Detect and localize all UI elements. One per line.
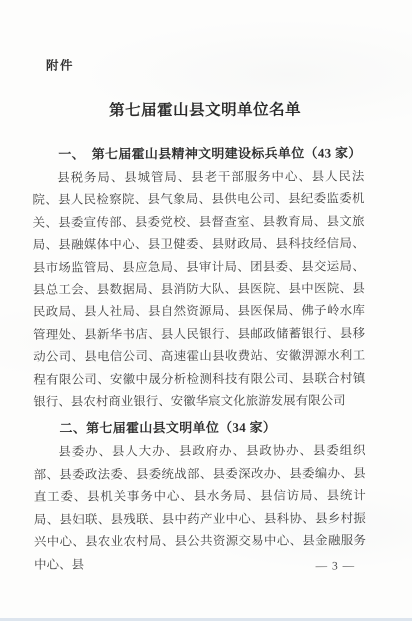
document-content: 附件 第七届霍山县文明单位名单 一、 第七届霍山县精神文明建设标兵单位（43 家… <box>0 0 412 621</box>
attachment-label: 附件 <box>46 56 74 74</box>
scanned-document-page: 附件 第七届霍山县文明单位名单 一、 第七届霍山县精神文明建设标兵单位（43 家… <box>0 0 412 621</box>
section-2-heading: 二、第七届霍山县文明单位（34 家） <box>33 418 365 439</box>
page-number: — 3 — <box>316 560 356 572</box>
section-1-unit-list: 县税务局、县城管局、县老干部服务中心、县人民法院、县人民检察院、县气象局、县供电… <box>32 165 365 413</box>
section-civilized-units: 二、第七届霍山县文明单位（34 家） 县委办、县人大办、县政府办、县政协办、县委… <box>33 418 366 576</box>
section-2-unit-list: 县委办、县人大办、县政府办、县政协办、县委组织部、县委政法委、县委统战部、县委深… <box>34 440 367 576</box>
section-exemplary-units: 一、 第七届霍山县精神文明建设标兵单位（43 家） 县税务局、县城管局、县老干部… <box>32 143 365 413</box>
document-title: 第七届霍山县文明单位名单 <box>0 100 411 122</box>
section-1-heading: 一、 第七届霍山县精神文明建设标兵单位（43 家） <box>32 143 364 164</box>
sections-container: 一、 第七届霍山县精神文明建设标兵单位（43 家） 县税务局、县城管局、县老干部… <box>32 143 366 581</box>
